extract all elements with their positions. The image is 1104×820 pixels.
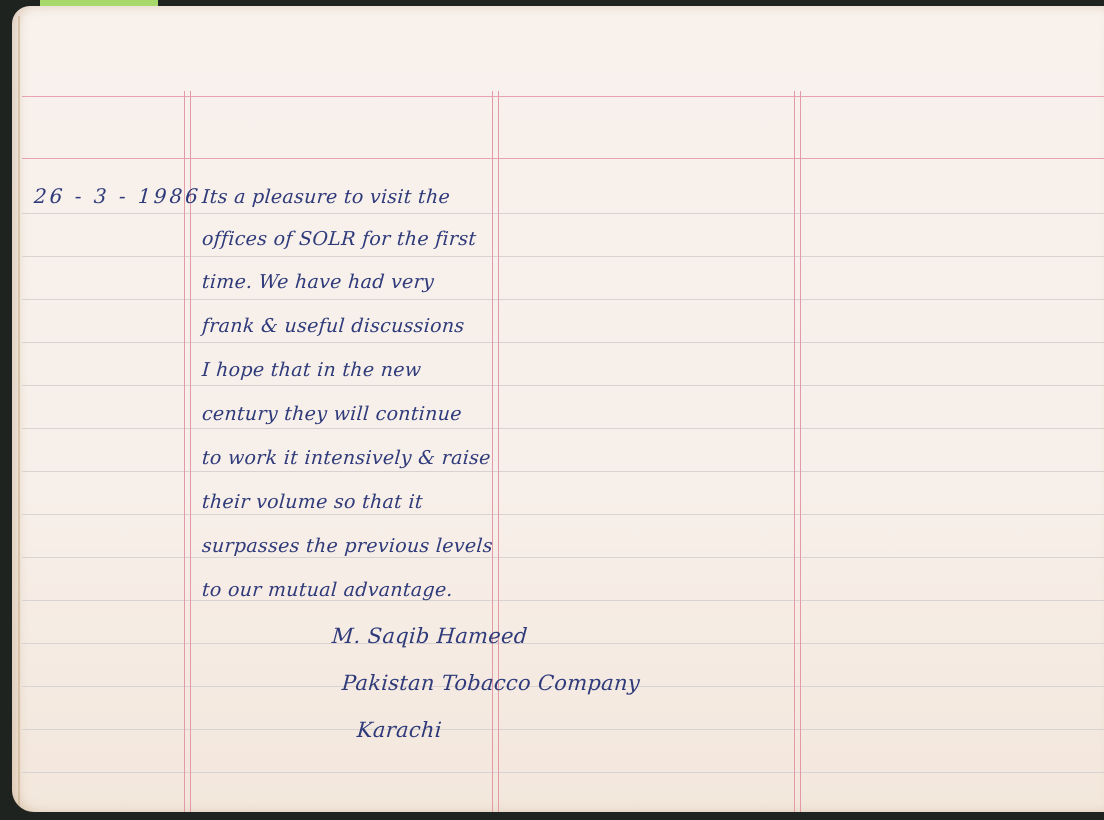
remark-line: time. We have had very xyxy=(201,271,435,293)
remark-line: Its a pleasure to visit the xyxy=(201,186,451,208)
remark-line: to our mutual advantage. xyxy=(201,579,453,601)
signature-company: Pakistan Tobacco Company xyxy=(341,671,641,695)
remark-line: century they will continue xyxy=(201,403,462,425)
remark-line: surpasses the previous levels xyxy=(201,535,493,557)
remark-line: frank & useful discussions xyxy=(201,315,465,337)
remark-line: their volume so that it xyxy=(201,491,423,513)
signature-city: Karachi xyxy=(356,718,443,742)
entry-date: 26 - 3 - 1986 xyxy=(33,184,202,208)
remark-line: I hope that in the new xyxy=(201,359,422,381)
signature-name: M. Saqib Hameed xyxy=(331,624,528,648)
ledger-page: 26 - 3 - 1986 Its a pleasure to visit th… xyxy=(12,6,1104,812)
column-rule-third xyxy=(794,91,801,812)
remark-line: offices of SOLR for the first xyxy=(201,228,477,250)
column-rule-remarks xyxy=(492,91,499,812)
remark-line: to work it intensively & raise xyxy=(201,447,491,469)
